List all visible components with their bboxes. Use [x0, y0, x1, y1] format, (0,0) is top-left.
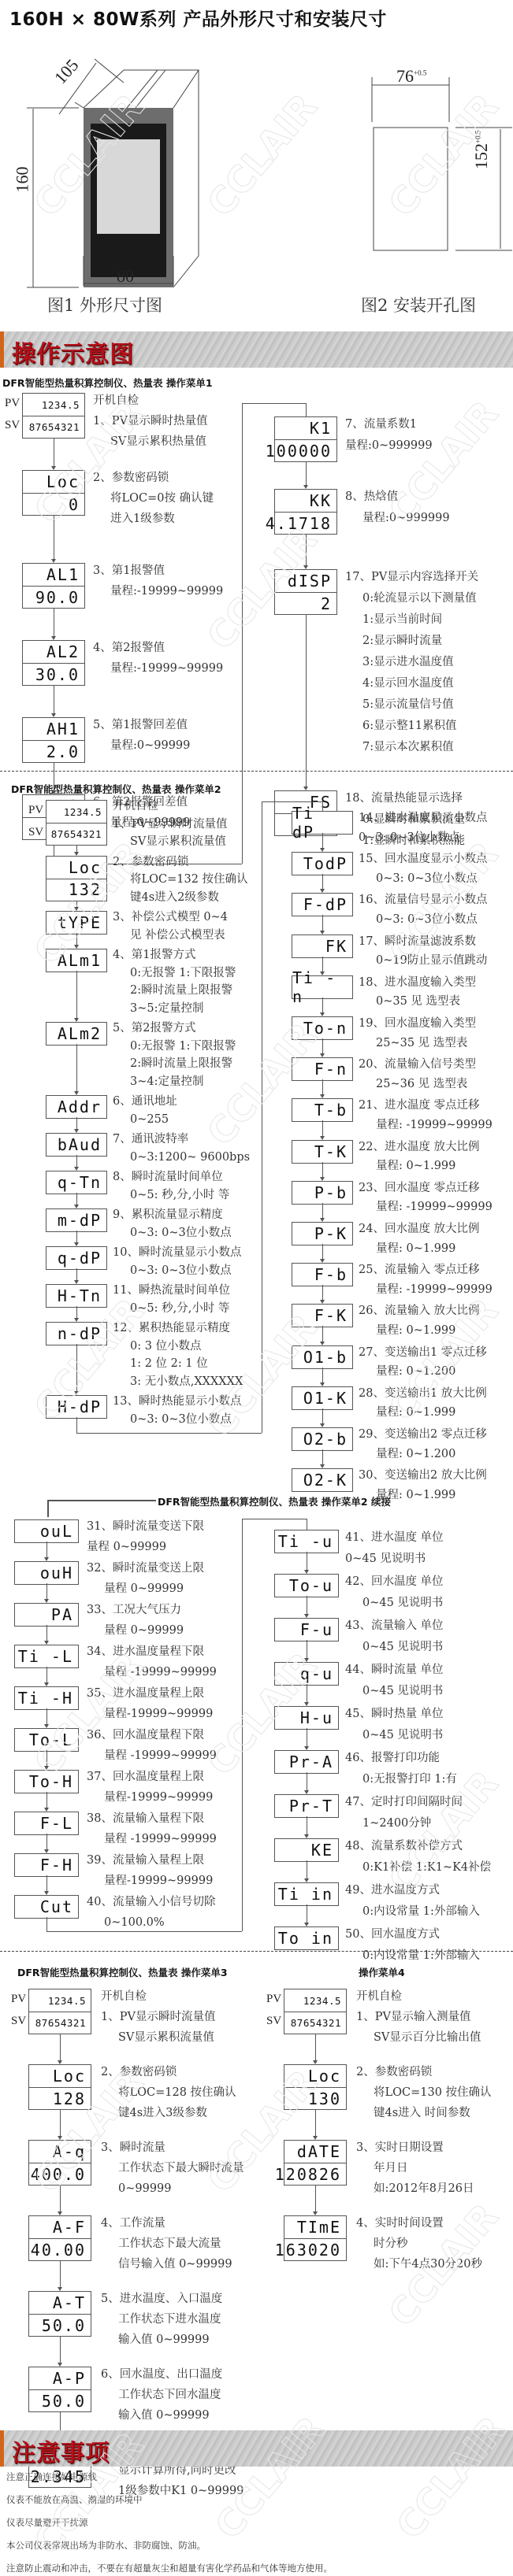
lcd-display[interactable]: n-dP: [46, 1322, 107, 1345]
parameter-description: 45、瞬时热量 单位0~45 见说明书: [345, 1704, 444, 1746]
lcd-display[interactable]: A-F40.00: [28, 2215, 91, 2261]
arrow-down-icon: [44, 1599, 49, 1603]
parameter-description: 5、第1报警回差值量程:0~99999: [93, 715, 190, 756]
lcd-display[interactable]: Ti -u: [274, 1530, 339, 1553]
description-line: 9、累积流量显示精度: [113, 1206, 232, 1224]
note-item: 仪表尽量避开干扰源: [6, 2516, 88, 2529]
description-line: 2:显示瞬时流量: [345, 631, 478, 652]
description-line: 量程-19999~99999: [87, 1871, 213, 1892]
description-line: 3~4:定量控制: [113, 1073, 236, 1091]
parameter-description: 34、进水温度量程下限量程 -19999~99999: [87, 1642, 217, 1682]
description-line: 1:显示当前时间: [345, 609, 478, 631]
flow-connector: [306, 403, 307, 416]
sv-label: SV: [28, 826, 43, 839]
flow-connector: [322, 1408, 323, 1424]
parameter-description: 14、进水温度显示小数点0~3: 0~3位小数点: [359, 809, 487, 847]
lcd-display[interactable]: To-L: [14, 1728, 79, 1752]
lcd-display[interactable]: F-n: [292, 1057, 353, 1081]
lcd-display[interactable]: dISP2: [274, 569, 337, 615]
arrow-down-icon: [44, 1557, 49, 1561]
lcd-top-value: A-q: [29, 2141, 91, 2163]
lcd-display[interactable]: H-Tn: [46, 1284, 107, 1308]
flow-connector: [322, 801, 323, 811]
parameter-description: 7、通讯波特率0~3:1200~ 9600bps: [113, 1131, 250, 1166]
description-line: 1、PV显示输入测量值: [356, 2007, 481, 2027]
lcd-display[interactable]: KK4.1718: [274, 489, 337, 535]
description-line: SV显示累积热量值: [93, 431, 207, 452]
parameter-description: 8、热焓值量程:0~999999: [345, 487, 450, 529]
lcd-display[interactable]: To-u: [274, 1574, 339, 1597]
lcd-top-value: ALm2: [46, 1023, 106, 1045]
description-line: 18、流量热能显示选择: [345, 788, 465, 809]
description-line: 8、热焓值: [345, 487, 450, 508]
description-line: 0~100.0%: [87, 1913, 215, 1934]
arrow-down-icon: [320, 848, 325, 852]
description-line: 4、第1报警方式: [113, 946, 236, 964]
description-line: 2:瞬时流量上限报警: [113, 982, 236, 1000]
flow-connector: [46, 1931, 242, 1932]
lcd-bottom-value: 30.0: [23, 663, 84, 685]
lcd-top-value: 1234.5: [23, 394, 84, 416]
parameter-description: 20、流量输入信号类型25~36 见 选型表: [359, 1055, 476, 1094]
parameter-description: 24、回水温度 放大比例量程: 0~1.999: [359, 1220, 480, 1258]
lcd-display[interactable]: 1234.587654321: [46, 800, 107, 846]
lcd-top-value: Loc: [46, 857, 106, 879]
lcd-top-value: A-T: [29, 2292, 91, 2314]
flow-connector: [315, 2186, 316, 2212]
lcd-display[interactable]: Ti -L: [14, 1645, 79, 1668]
description-line: 量程: -19999~99999: [359, 1280, 493, 1300]
lcd-top-value: Loc: [284, 2065, 346, 2087]
flow-connector: [242, 403, 306, 404]
arrow-down-icon: [304, 1658, 309, 1662]
description-line: 25~36 见 选型表: [359, 1075, 476, 1094]
pv-label: PV: [266, 1993, 281, 2006]
lcd-display[interactable]: bAud: [46, 1133, 107, 1157]
lcd-display[interactable]: O2-b: [292, 1427, 353, 1451]
parameter-description: 3、补偿公式模型 0~4见 补偿公式模型表: [113, 909, 228, 944]
lcd-display[interactable]: O1-K: [292, 1386, 353, 1410]
flow-connector: [322, 915, 323, 931]
parameter-description: 25、流量输入 零点迁移量程: -19999~99999: [359, 1260, 493, 1299]
description-line: 0:无报警打印 1:有: [345, 1769, 457, 1790]
flow-connector: [60, 2110, 61, 2137]
parameter-description: 4、第1报警方式0:无报警 1:下限报警2:瞬时流量上限报警3~5:定量控制: [113, 946, 236, 1017]
lcd-display[interactable]: A-P50.0: [28, 2367, 91, 2412]
parameter-description: 开机自检1、PV显示瞬时热量值SV显示累积热量值: [93, 390, 207, 452]
description-line: 6、通讯地址: [113, 1093, 177, 1111]
description-line: 键4s进入3级参数: [101, 2103, 236, 2123]
arrow-down-icon: [51, 636, 56, 640]
description-line: 14、进水温度显示小数点: [359, 809, 487, 828]
flow-connector: [322, 1079, 323, 1095]
description-line: 7、流量系数1: [345, 414, 433, 435]
parameter-description: 46、报警打印功能0:无报警打印 1:有: [345, 1748, 457, 1790]
lcd-top-value: dATE: [284, 2141, 346, 2163]
lcd-top-value: O2-K: [292, 1469, 352, 1491]
arrow-down-icon: [320, 1464, 325, 1468]
arrow-down-icon: [313, 2211, 318, 2215]
description-line: 4:显示回水温度值: [345, 673, 478, 694]
lcd-display[interactable]: H-u: [274, 1706, 339, 1730]
description-line: 49、进水温度方式: [345, 1880, 480, 1901]
lcd-top-value: F-K: [292, 1305, 352, 1327]
flow-connector: [322, 1326, 323, 1342]
lcd-bottom-value: 128: [29, 2087, 91, 2109]
parameter-description: 2、参数密码锁将LOC=132 按住确认键4s进入2级参数: [113, 853, 248, 907]
parameter-description: 开机自检1、PV显示输入测量值SV显示百分比输出值: [356, 1986, 481, 2048]
arrow-down-icon: [74, 1280, 79, 1284]
description-line: 0~3:1200~ 9600bps: [113, 1149, 250, 1167]
lcd-display[interactable]: F-b: [292, 1263, 353, 1286]
arrow-down-icon: [320, 1259, 325, 1263]
lcd-display[interactable]: Ti -H: [14, 1686, 79, 1710]
description-line: 0~3: 0~3位小数点: [359, 869, 487, 889]
arrow-down-icon: [74, 1167, 79, 1171]
flow-connector: [54, 516, 54, 560]
flow-connector: [60, 2186, 61, 2212]
lcd-top-value: H-Tn: [46, 1285, 106, 1307]
parameter-description: 43、流量输入 单位0~45 见说明书: [345, 1616, 444, 1658]
flow-connector: [322, 1038, 323, 1054]
parameter-description: 32、瞬时流量变送上限量程 0~99999: [87, 1559, 204, 1599]
lcd-display[interactable]: Ti dP: [292, 811, 353, 835]
arrow-down-icon: [58, 2136, 62, 2140]
lcd-display[interactable]: F-dP: [292, 893, 353, 916]
lcd-display[interactable]: To-H: [14, 1770, 79, 1793]
lcd-display[interactable]: AH12.0: [22, 717, 85, 763]
description-line: 量程: 0~1.200: [359, 1362, 487, 1382]
arrow-down-icon: [51, 713, 56, 717]
parameter-description: 44、瞬时流量 单位0~45 见说明书: [345, 1660, 444, 1702]
lcd-display[interactable]: ALm2: [46, 1022, 107, 1046]
lcd-display[interactable]: Pr-T: [274, 1794, 339, 1818]
description-line: 27、变送输出1 零点迁移: [359, 1343, 487, 1363]
description-line: 开机自检: [113, 798, 227, 816]
height-dimension: 160: [13, 167, 33, 193]
lcd-display[interactable]: A-q400.0: [28, 2140, 91, 2186]
lcd-display[interactable]: KE: [274, 1838, 339, 1862]
note-item: 注意防止震动和冲击，不要在有超量灰尘和超量有害化学药品和气体等地方使用。: [6, 2562, 333, 2574]
description-line: 0~19防止显示值跳动: [359, 951, 487, 971]
lcd-top-value: To-H: [15, 1771, 78, 1793]
lcd-display[interactable]: Cut: [14, 1895, 79, 1919]
flow-connector: [54, 686, 54, 714]
lcd-bottom-value: 400.0: [29, 2163, 91, 2185]
lcd-display[interactable]: F-u: [274, 1618, 339, 1641]
arrow-down-icon: [320, 972, 325, 975]
description-line: 2、参数密码锁: [356, 2062, 492, 2082]
description-line: 19、回水温度输入类型: [359, 1014, 476, 1034]
parameter-description: 5、进水温度、入口温度工作状态下进水温度输入值 0~99999: [101, 2289, 222, 2350]
arrow-down-icon: [74, 1129, 79, 1133]
description-line: 量程: 0~1.999: [359, 1403, 487, 1423]
description-line: 0~3: 0~3位小数点: [113, 1262, 241, 1280]
description-line: 15、回水温度显示小数点: [359, 849, 487, 869]
lcd-display[interactable]: Ti -n: [292, 975, 353, 999]
lcd-display[interactable]: To in: [274, 1926, 339, 1950]
lcd-top-value: Ti in: [275, 1883, 338, 1905]
lcd-display[interactable]: Loc0: [22, 470, 85, 516]
description-line: 工作状态下最大瞬时流量: [101, 2158, 244, 2178]
flow-connector: [46, 1875, 47, 1892]
flow-connector: [47, 1500, 156, 1501]
arrow-down-icon: [44, 1849, 49, 1853]
lcd-display[interactable]: Loc130: [284, 2064, 347, 2110]
width-dimension: 80: [117, 266, 134, 287]
lcd-display[interactable]: 1234.587654321: [22, 393, 85, 439]
description-line: 1: 2 位 2: 1 位: [113, 1355, 243, 1373]
lcd-display[interactable]: tYPE: [46, 911, 107, 935]
description-line: 如:2012年8月26日: [356, 2178, 474, 2199]
lcd-top-value: AL2: [23, 641, 84, 663]
lcd-top-value: F-u: [275, 1619, 338, 1641]
lcd-display[interactable]: m-dP: [46, 1208, 107, 1232]
section-banner-notes: 注意事项: [0, 2430, 513, 2467]
arrow-down-icon: [320, 1300, 325, 1304]
lcd-display[interactable]: A-T50.0: [28, 2291, 91, 2337]
lcd-top-value: P-b: [292, 1182, 352, 1204]
lcd-bottom-value: 120826: [284, 2163, 346, 2185]
lcd-bottom-value: 100000: [275, 439, 336, 461]
lcd-display[interactable]: O1-b: [292, 1345, 353, 1369]
flow-connector: [54, 439, 54, 467]
lcd-display[interactable]: dATE120826: [284, 2140, 347, 2186]
lcd-top-value: To-n: [292, 1017, 352, 1039]
arrow-down-icon: [320, 1382, 325, 1386]
description-line: 35、进水温度量程上限: [87, 1684, 213, 1704]
description-line: 0~45 见说明书: [345, 1549, 444, 1570]
parameter-description: 35、进水温度量程上限量程-19999~99999: [87, 1684, 213, 1724]
arrow-down-icon: [44, 1891, 49, 1895]
description-line: 4、工作流量: [101, 2213, 232, 2234]
description-line: 开机自检: [101, 1986, 215, 2007]
lcd-display[interactable]: ouH: [14, 1561, 79, 1585]
description-line: 量程:-19999~99999: [93, 581, 223, 601]
lcd-display[interactable]: F-K: [292, 1304, 353, 1327]
parameter-description: 36、回水温度量程下限量程 -19999~99999: [87, 1726, 217, 1766]
lcd-top-value: H-dP: [46, 1396, 106, 1418]
flow-connector: [307, 1772, 307, 1791]
description-line: 3、第1报警值: [93, 561, 223, 581]
description-line: 31、瞬时流量变送下限: [87, 1517, 204, 1538]
flow-connector: [46, 1583, 47, 1600]
description-line: 将LOC=130 按住确认: [356, 2082, 492, 2103]
lcd-display[interactable]: AL230.0: [22, 640, 85, 686]
note-item: 注意正确连接好电源线: [6, 2471, 97, 2483]
description-line: 键4s进入2级参数: [113, 889, 248, 907]
lcd-top-value: Ti -L: [15, 1645, 78, 1667]
description-line: 48、流量系数补偿方式: [345, 1836, 491, 1857]
lcd-top-value: P-K: [292, 1223, 352, 1245]
lcd-display[interactable]: q-dP: [46, 1246, 107, 1270]
menu3-title: DFR智能型热量积算控制仪、热量表 操作菜单3: [17, 1965, 228, 1979]
page-title: 160H × 80W系列 产品外形尺寸和安装尺寸: [9, 5, 387, 31]
menu2b-title: DFR智能型热量积算控制仪、热量表 操作菜单2 续接: [158, 1494, 391, 1508]
lcd-top-value: K1: [275, 417, 336, 439]
lcd-display[interactable]: F-H: [14, 1853, 79, 1877]
lcd-display[interactable]: ouL: [14, 1519, 79, 1543]
divider: [0, 1951, 513, 1952]
description-line: 29、变送输出2 零点迁移: [359, 1425, 487, 1445]
description-line: 0~35 见 选型表: [359, 992, 476, 1012]
lcd-top-value: F-H: [15, 1854, 78, 1876]
description-line: 46、报警打印功能: [345, 1748, 457, 1769]
lcd-display[interactable]: q-u: [274, 1662, 339, 1686]
flow-connector: [76, 1155, 77, 1168]
lcd-top-value: dISP: [275, 570, 336, 592]
parameter-description: 5、第2报警方式0:无报警 1:下限报警2:瞬时流量上限报警3~4:定量控制: [113, 1020, 236, 1090]
flow-connector: [76, 1306, 77, 1319]
lcd-top-value: q-dP: [46, 1247, 106, 1269]
description-line: 0:无报警 1:下限报警: [113, 964, 236, 983]
parameter-description: 21、进水温度 零点迁移量程: -19999~99999: [359, 1096, 493, 1134]
lcd-top-value: Ti dP: [292, 812, 352, 834]
flow-connector: [322, 1244, 323, 1260]
description-line: 0: 3 位小数点: [113, 1338, 243, 1356]
lcd-bottom-value: 50.0: [29, 2389, 91, 2411]
lcd-display[interactable]: Loc128: [28, 2064, 91, 2110]
lcd-display[interactable]: To-n: [292, 1016, 353, 1040]
flow-connector: [322, 1449, 323, 1465]
arrow-down-icon: [313, 2060, 318, 2064]
arrow-down-icon: [313, 2136, 318, 2140]
lcd-display[interactable]: Loc132: [46, 856, 107, 901]
lcd-display[interactable]: T-b: [292, 1098, 353, 1122]
description-line: 2:瞬时流量上限报警: [113, 1055, 236, 1073]
description-line: 量程:0~999999: [345, 508, 450, 529]
lcd-display[interactable]: AL190.0: [22, 563, 85, 609]
description-line: 34、进水温度量程下限: [87, 1642, 217, 1663]
description-line: 0:无报警 1:下限报警: [113, 1038, 236, 1056]
flow-connector: [306, 535, 307, 566]
arrow-down-icon: [303, 565, 308, 569]
sv-label: SV: [11, 2015, 26, 2028]
lcd-display[interactable]: FK: [292, 935, 353, 958]
description-line: 17、瞬时流量滤波系数: [359, 932, 487, 952]
lcd-top-value: m-dP: [46, 1209, 106, 1231]
lcd-top-value: 1234.5: [46, 801, 106, 823]
lcd-top-value: 1234.5: [284, 1989, 346, 2012]
parameter-description: 40、流量输入小信号切除0~100.0%: [87, 1893, 215, 1933]
description-line: 2、参数密码锁: [113, 853, 248, 872]
lcd-bottom-value: 130: [284, 2087, 346, 2109]
lcd-bottom-value: 87654321: [284, 2012, 346, 2034]
arrow-down-icon: [58, 2287, 62, 2291]
lcd-top-value: O1-K: [292, 1387, 352, 1409]
flow-connector: [307, 1596, 307, 1615]
arrow-down-icon: [304, 1746, 309, 1750]
flow-connector: [322, 874, 323, 890]
lcd-display[interactable]: Addr: [46, 1095, 107, 1119]
lcd-display[interactable]: TImE163020: [284, 2215, 347, 2261]
lcd-top-value: tYPE: [46, 912, 106, 934]
lcd-top-value: 1234.5: [29, 1989, 91, 2012]
description-line: 4、实时时间设置: [356, 2213, 482, 2234]
lcd-display[interactable]: H-dP: [46, 1395, 107, 1419]
description-line: 0:K1补偿 1:K1~K4补偿: [345, 1857, 491, 1878]
lcd-top-value: O2-b: [292, 1428, 352, 1450]
description-line: 50、回水温度方式: [345, 1924, 480, 1945]
lcd-top-value: A-F: [29, 2216, 91, 2238]
parameter-description: 26、流量输入 放大比例量程: 0~1.999: [359, 1301, 480, 1340]
description-line: 信号输入值 0~99999: [101, 2254, 232, 2274]
parameter-description: 16、流量信号显示小数点0~3: 0~3位小数点: [359, 890, 487, 929]
description-line: 量程: 0~1.200: [359, 1445, 487, 1464]
arrow-down-icon: [44, 1808, 49, 1812]
arrow-down-icon: [303, 786, 308, 790]
lcd-display[interactable]: F-L: [14, 1812, 79, 1835]
lcd-display[interactable]: T-K: [292, 1140, 353, 1164]
arrow-down-icon: [320, 1053, 325, 1057]
description-line: 输入值 0~99999: [101, 2405, 222, 2426]
lcd-top-value: To-L: [15, 1729, 78, 1751]
lcd-top-value: Cut: [15, 1896, 78, 1918]
parameter-description: 41、进水温度 单位0~45 见说明书: [345, 1527, 444, 1570]
arrow-down-icon: [320, 931, 325, 935]
arrow-down-icon: [320, 1423, 325, 1427]
arrow-down-icon: [74, 1318, 79, 1322]
lcd-display[interactable]: TodP: [292, 852, 353, 875]
arrow-down-icon: [304, 1614, 309, 1618]
description-line: 22、进水温度 放大比例: [359, 1138, 480, 1157]
lcd-bottom-value: 87654321: [23, 416, 84, 438]
lcd-top-value: F-L: [15, 1812, 78, 1834]
description-line: 3、实时日期设置: [356, 2137, 474, 2158]
note-item: 仪表不能放在高温、潮湿的环境中: [6, 2493, 143, 2506]
flow-connector: [46, 1625, 47, 1641]
flow-connector: [306, 462, 307, 486]
lcd-bottom-value: 132: [46, 879, 106, 901]
description-line: 3~5:定量控制: [113, 1000, 236, 1018]
description-line: 25、流量输入 零点迁移: [359, 1260, 493, 1280]
lcd-display[interactable]: ALm1: [46, 949, 107, 972]
lcd-display[interactable]: 1234.587654321: [28, 1989, 91, 2034]
flow-connector: [54, 609, 54, 637]
lcd-display[interactable]: K1100000: [274, 416, 337, 462]
arrow-down-icon: [74, 907, 79, 911]
lcd-display[interactable]: Pr-A: [274, 1750, 339, 1774]
description-line: 键4s进入 时间参数: [356, 2103, 492, 2123]
lcd-display[interactable]: 1234.587654321: [284, 1989, 347, 2034]
menu1-title: DFR智能型热量积算控制仪、热量表 操作菜单1: [2, 376, 213, 390]
parameter-description: 2、参数密码锁将LOC=130 按住确认键4s进入 时间参数: [356, 2062, 492, 2123]
lcd-top-value: AL1: [23, 564, 84, 586]
lcd-display[interactable]: P-b: [292, 1181, 353, 1205]
description-line: 0~45 见说明书: [345, 1637, 444, 1658]
sv-label: SV: [5, 419, 20, 432]
lcd-display[interactable]: Ti in: [274, 1882, 339, 1906]
lcd-display[interactable]: P-K: [292, 1222, 353, 1245]
flow-connector: [307, 1904, 307, 1923]
description-line: 10、瞬时流量显示小数点: [113, 1244, 241, 1262]
parameter-description: 19、回水温度输入类型25~35 见 选型表: [359, 1014, 476, 1053]
arrow-down-icon: [51, 559, 56, 563]
arrow-down-icon: [320, 1342, 325, 1345]
pv-label: PV: [28, 804, 43, 817]
description-line: 0~45 见说明书: [345, 1725, 444, 1746]
description-line: 工作状态下进水温度: [101, 2309, 222, 2330]
lcd-top-value: Loc: [29, 2065, 91, 2087]
lcd-display[interactable]: O2-K: [292, 1468, 353, 1492]
flow-connector: [46, 1917, 47, 1931]
menu4-title: 操作菜单4: [359, 1965, 405, 1979]
parameter-description: 49、进水温度方式0:内设常量 1:外部输入: [345, 1880, 480, 1923]
description-line: 5、第2报警方式: [113, 1020, 236, 1038]
lcd-display[interactable]: q-Tn: [46, 1171, 107, 1194]
flow-connector: [46, 1792, 47, 1808]
lcd-display[interactable]: PA: [14, 1603, 79, 1627]
